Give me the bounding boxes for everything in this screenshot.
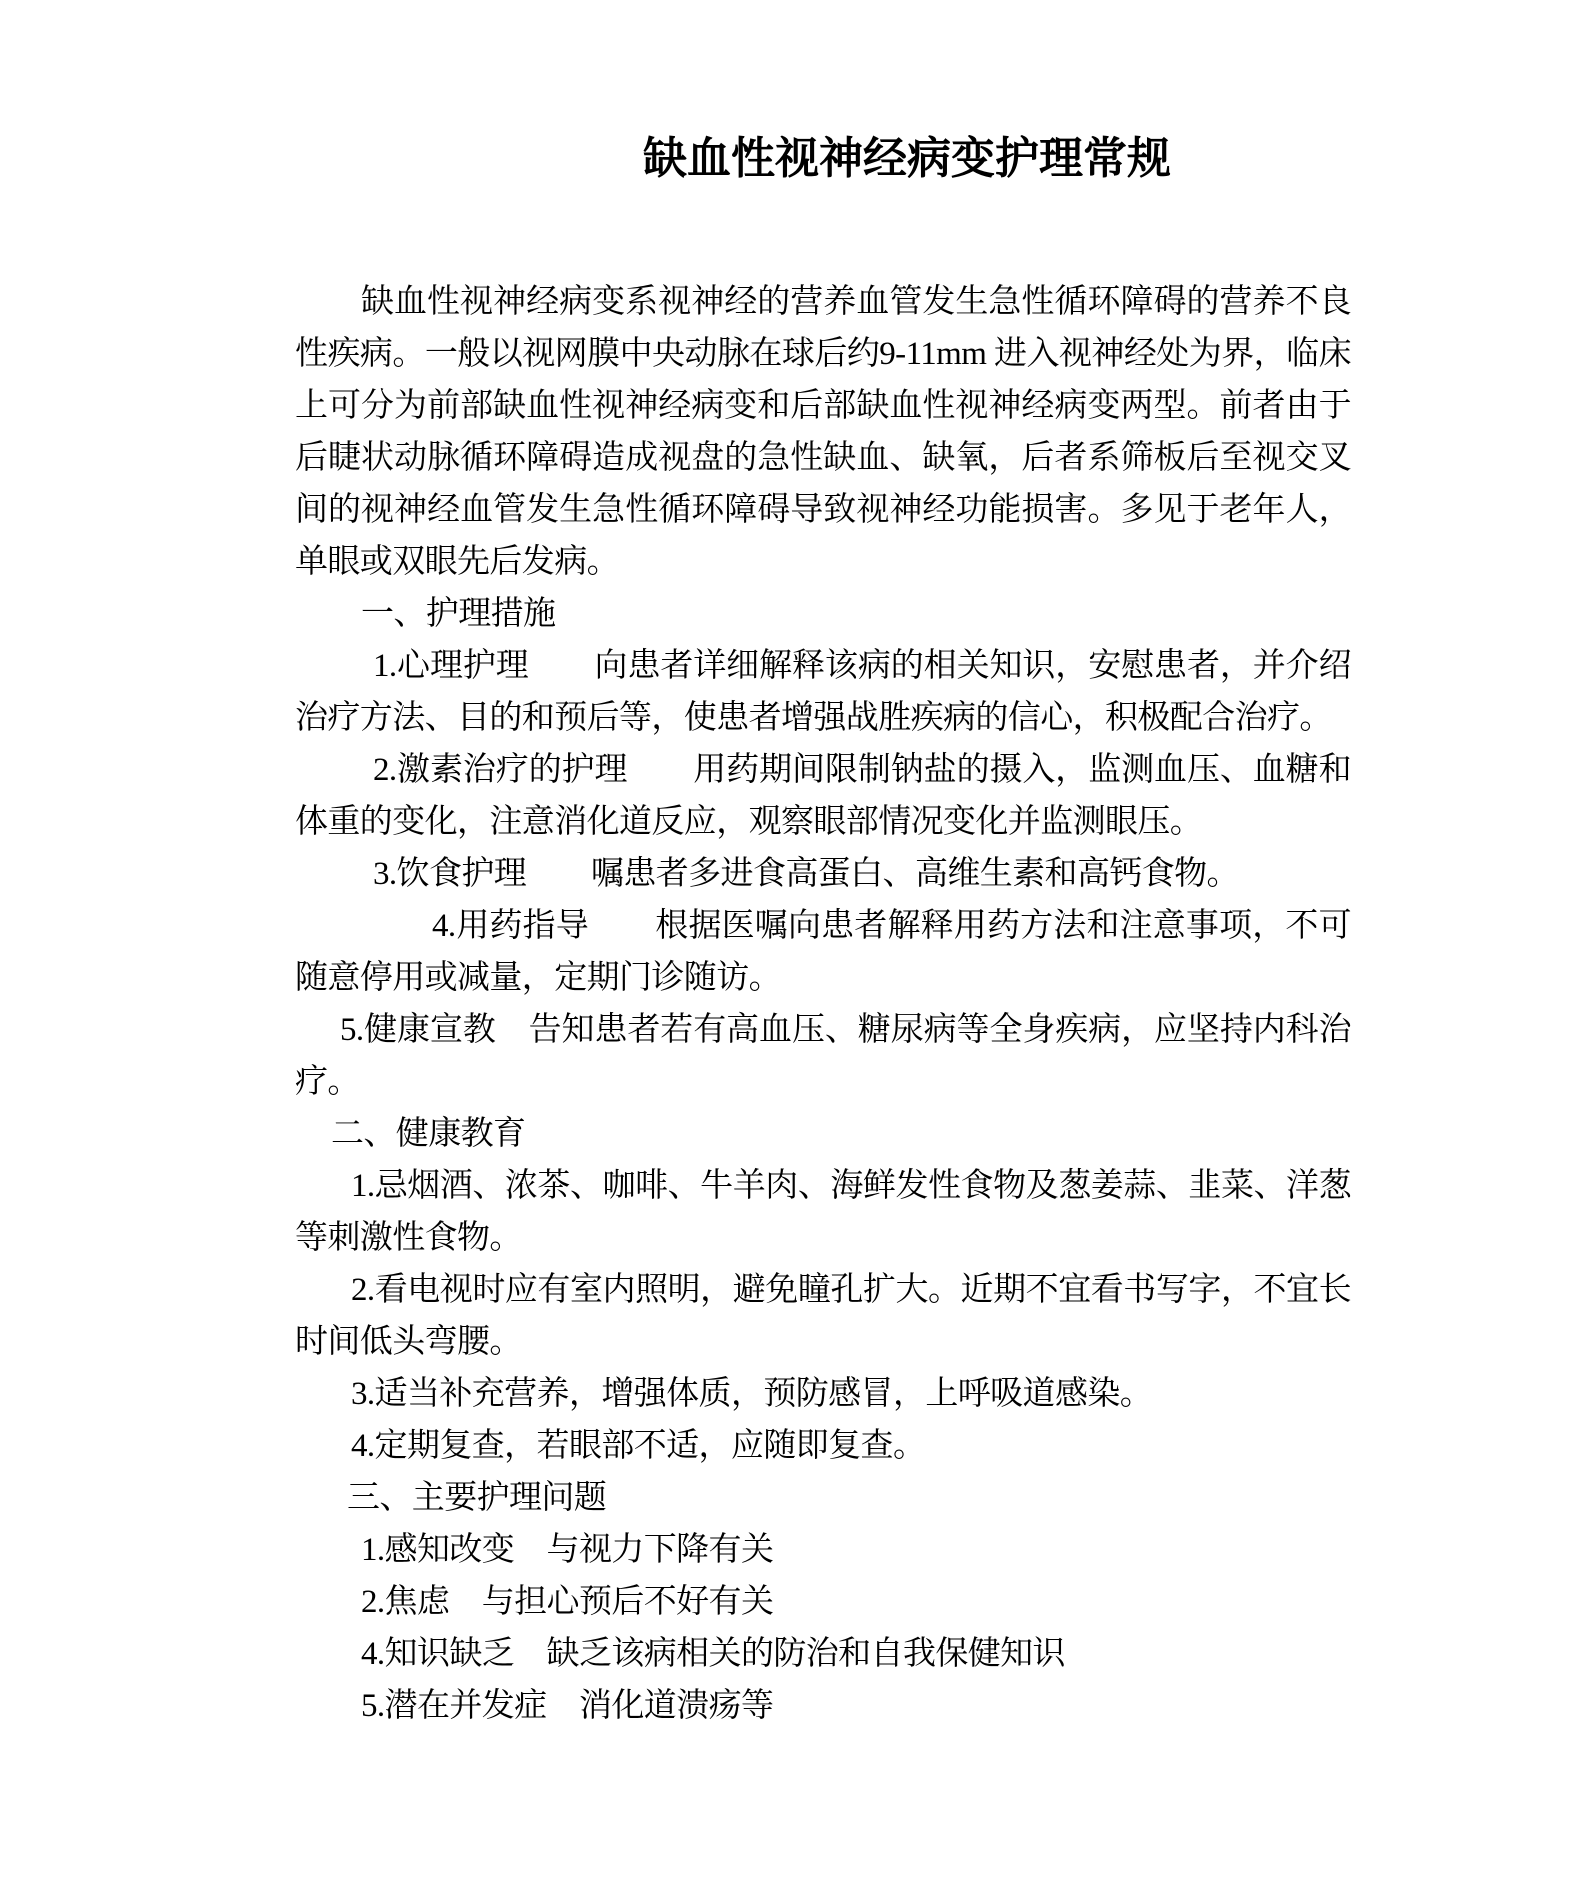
section-2-item-2: 2.看电视时应有室内照明，避免瞳孔扩大。近期不宜看书写字，不宜长时间低头弯腰。 (295, 1264, 1351, 1368)
section-3-item-4: 4.知识缺乏 缺乏该病相关的防治和自我保健知识 (295, 1628, 1351, 1680)
section-1-item-1: 1.心理护理 向患者详细解释该病的相关知识，安慰患者，并介绍治疗方法、目的和预后… (295, 640, 1351, 744)
section-3-item-2: 2.焦虑 与担心预后不好有关 (295, 1576, 1351, 1628)
section-1-item-4: 4.用药指导 根据医嘱向患者解释用药方法和注意事项，不可随意停用或减量，定期门诊… (295, 900, 1351, 1004)
section-3-item-5: 5.潜在并发症 消化道溃疡等 (295, 1680, 1351, 1732)
section-3-heading: 三、主要护理问题 (295, 1472, 1351, 1524)
section-1-item-3: 3.饮食护理 嘱患者多进食高蛋白、高维生素和高钙食物。 (295, 848, 1351, 900)
document-body: 缺血性视神经病变系视神经的营养血管发生急性循环障碍的营养不良性疾病。一般以视网膜… (295, 276, 1351, 1732)
document-content: 缺血性视神经病变护理常规 缺血性视神经病变系视神经的营养血管发生急性循环障碍的营… (295, 131, 1351, 1732)
section-1-item-5: 5.健康宣教 告知患者若有高血压、糖尿病等全身疾病，应坚持内科治疗。 (295, 1004, 1351, 1108)
section-3-item-1: 1.感知改变 与视力下降有关 (295, 1524, 1351, 1576)
section-1-item-2: 2.激素治疗的护理 用药期间限制钠盐的摄入，监测血压、血糖和体重的变化，注意消化… (295, 744, 1351, 848)
document-title: 缺血性视神经病变护理常规 (643, 131, 1351, 187)
intro-paragraph: 缺血性视神经病变系视神经的营养血管发生急性循环障碍的营养不良性疾病。一般以视网膜… (295, 276, 1351, 588)
section-2-item-3: 3.适当补充营养，增强体质，预防感冒，上呼吸道感染。 (295, 1368, 1351, 1420)
document-page: 缺血性视神经病变护理常规 缺血性视神经病变系视神经的营养血管发生急性循环障碍的营… (0, 0, 1587, 1904)
section-2-item-4: 4.定期复查，若眼部不适，应随即复查。 (295, 1420, 1351, 1472)
section-2-item-1: 1.忌烟酒、浓茶、咖啡、牛羊肉、海鲜发性食物及葱姜蒜、韭菜、洋葱等刺激性食物。 (295, 1160, 1351, 1264)
section-1-heading: 一、护理措施 (295, 588, 1351, 640)
section-2-heading: 二、健康教育 (295, 1108, 1351, 1160)
